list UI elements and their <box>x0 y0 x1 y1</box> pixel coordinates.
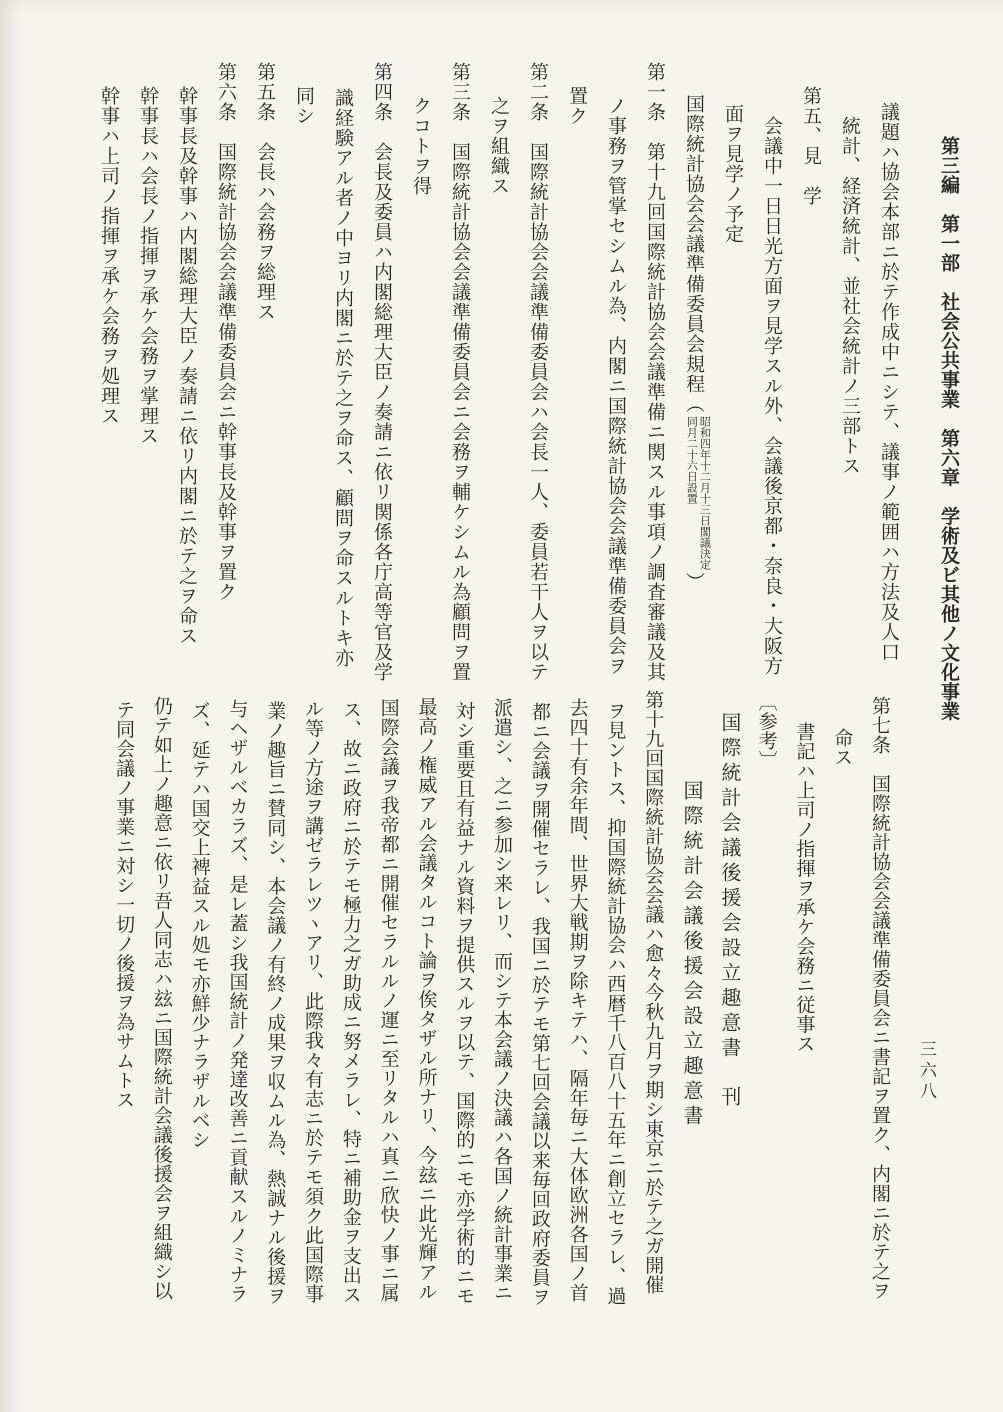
running-header: 第三編 第一部 社会公共事業 第六章 学術及ビ其他ノ文化事業 <box>935 136 962 721</box>
text-column: 議題ハ協会本部ニ於テ作成中ニシテ、議事ノ範囲ハ方法及人口 <box>869 62 908 730</box>
publication-mark: 刊 <box>709 1086 747 1106</box>
warichu-note: 昭和四年十二月十三日閣議決定同月二十六日設置 <box>684 416 710 570</box>
regulation-title-column: 国際統計協会会議準備委員会規程（昭和四年十二月十三日閣議決定同月二十六日設置） <box>674 62 713 730</box>
article-column: 第五条 会長ハ会務ヲ総理ス <box>245 62 284 730</box>
text-column: ノ事務ヲ管掌セシムル為、内閣ニ国際統計協会会議準備委員会ヲ <box>596 62 635 730</box>
text-column: 面ヲ見学ノ予定 <box>713 62 752 730</box>
prospectus-heading-column: 国際統計会議後援会設立趣意書 <box>671 688 709 1353</box>
text-column: 識経験アル者ノ中ヨリ内閣ニ於テ之ヲ命ス、顧問ヲ命スルトキ亦 <box>323 62 362 730</box>
text-column: 国際会議ヲ我帝都ニ開催セラルルノ運ニ至リタルハ真ニ欣快ノ事ニ属 <box>369 688 407 1353</box>
text-column: 派遣シ、之ニ参加シ来レリ、而シテ本会議ノ決議ハ各国ノ統計事業ニ <box>482 688 520 1353</box>
text-column: ズ、延テハ国交上裨益スル処モ亦鮮少ナラザルベシ <box>180 688 218 1353</box>
prospectus-section: 第七条 国際統計協会会議準備委員会ニ書記ヲ置ク、内閣ニ於テ之ヲ 命ス 書記ハ上司… <box>102 688 898 1353</box>
text-column: 統計、経済統計、並社会統計ノ三部トス <box>830 62 869 730</box>
text-column: 業ノ趣旨ニ賛同シ、本会議ノ有終ノ成果ヲ収ムル為、熱誠ナル後援ヲ <box>255 688 293 1353</box>
text-column: 対シ重要且有益ナル資料ヲ提供スルヲ以テ、国際的ニモ亦学術的ニモ <box>444 688 482 1353</box>
regulation-section: 議題ハ協会本部ニ於テ作成中ニシテ、議事ノ範囲ハ方法及人口 統計、経済統計、並社会… <box>80 62 908 730</box>
article-column: 第三条 国際統計協会会議準備委員会ニ会務ヲ輔ケシムル為顧問ヲ置 <box>440 62 479 730</box>
article-column: 第一条 第十九回国際統計協会会議準備ニ関スル事項ノ調査審議及其 <box>635 62 674 730</box>
article-column: 第二条 国際統計協会会議準備委員会ハ会長一人、委員若干人ヲ以テ <box>518 62 557 730</box>
paren-close: ） <box>683 572 704 592</box>
text-column: ル等ノ方途ヲ講ゼラレツヽアリ、此際我々有志ニ於テモ須ク此国際事 <box>293 688 331 1353</box>
document-page: 第三編 第一部 社会公共事業 第六章 学術及ビ其他ノ文化事業 三六八 議題ハ協会… <box>0 0 1003 1412</box>
article-column: 第六条 国際統計協会会議準備委員会ニ幹事長及幹事ヲ置ク <box>206 62 245 730</box>
text-column: 与ヘザルベカラズ、是レ蓋シ我国統計ノ発達改善ニ貢献スルノミナラ <box>218 688 256 1353</box>
text-column: 仍テ如上ノ趣意ニ依リ吾人同志ハ玆ニ国際統計会議後援会ヲ組織シ以 <box>142 688 180 1353</box>
paren-open: （ <box>683 394 704 414</box>
article-column: 第四条 会長及委員ハ内閣総理大臣ノ奏請ニ依リ関係各庁高等官及学 <box>362 62 401 730</box>
text-column: 書記ハ上司ノ指揮ヲ承ケ会務ニ従事ス <box>785 688 823 1353</box>
text-column: 都ニ会議ヲ開催セラレ、我国ニ於テモ第七回会議以来毎回政府委員ヲ <box>520 688 558 1353</box>
section-label-column: 第五、見 学 <box>791 62 830 730</box>
warichu-line-2: 同月二十六日設置 <box>684 416 697 570</box>
text-column: 之ヲ組織ス <box>479 62 518 730</box>
article-column: 第七条 国際統計協会会議準備委員会ニ書記ヲ置ク、内閣ニ於テ之ヲ <box>860 688 898 1353</box>
text-column: 命ス <box>822 688 860 1353</box>
text-column: 置ク <box>557 62 596 730</box>
text-column: 幹事ハ上司ノ指揮ヲ承ケ会務ヲ処理ス <box>89 62 128 730</box>
text-column: 幹事長ハ会長ノ指揮ヲ承ケ会務ヲ掌理ス <box>128 62 167 730</box>
text-column: 会議中一日日光方面ヲ見学スル外、会議後京都・奈良・大阪方 <box>752 62 791 730</box>
text-column: 同シ <box>284 62 323 730</box>
text-column: 最高ノ権威アル会議タルコト論ヲ俟タザル所ナリ、今玆ニ此光輝アル <box>407 688 445 1353</box>
regulation-title: 国際統計協会会議準備委員会規程 <box>683 94 704 394</box>
reference-caption: 国際統計会議後援会設立趣意書 <box>718 712 740 1062</box>
warichu-line-1: 昭和四年十二月十三日閣議決定 <box>697 416 710 570</box>
reference-caption-column: 国際統計会議後援会設立趣意書刊 <box>709 688 747 1353</box>
text-column: クコトヲ得 <box>401 62 440 730</box>
text-column: ス、故ニ政府ニ於テモ極力之ガ助成ニ努メラレ、特ニ補助金ヲ支出ス <box>331 688 369 1353</box>
page-number: 三六八 <box>914 1040 939 1103</box>
text-column: テ同会議ノ事業ニ対シ一切ノ後援ヲ為サムトス <box>104 688 142 1353</box>
text-column: ヲ見ントス、抑国際統計協会ハ西暦千八百八十五年ニ創立セラレ、過 <box>596 688 634 1353</box>
reference-label-column: 〔参考〕 <box>747 688 785 1353</box>
text-column: 幹事長及幹事ハ内閣総理大臣ノ奏請ニ依リ内閣ニ於テ之ヲ命ス <box>167 62 206 730</box>
text-column: 去四十有余年間、世界大戦期ヲ除キテハ、隔年毎ニ大体欧洲各国ノ首 <box>558 688 596 1353</box>
text-column: 第十九回国際統計協会会議ハ愈々今秋九月ヲ期シ東京ニ於テ之ガ開催 <box>633 688 671 1353</box>
